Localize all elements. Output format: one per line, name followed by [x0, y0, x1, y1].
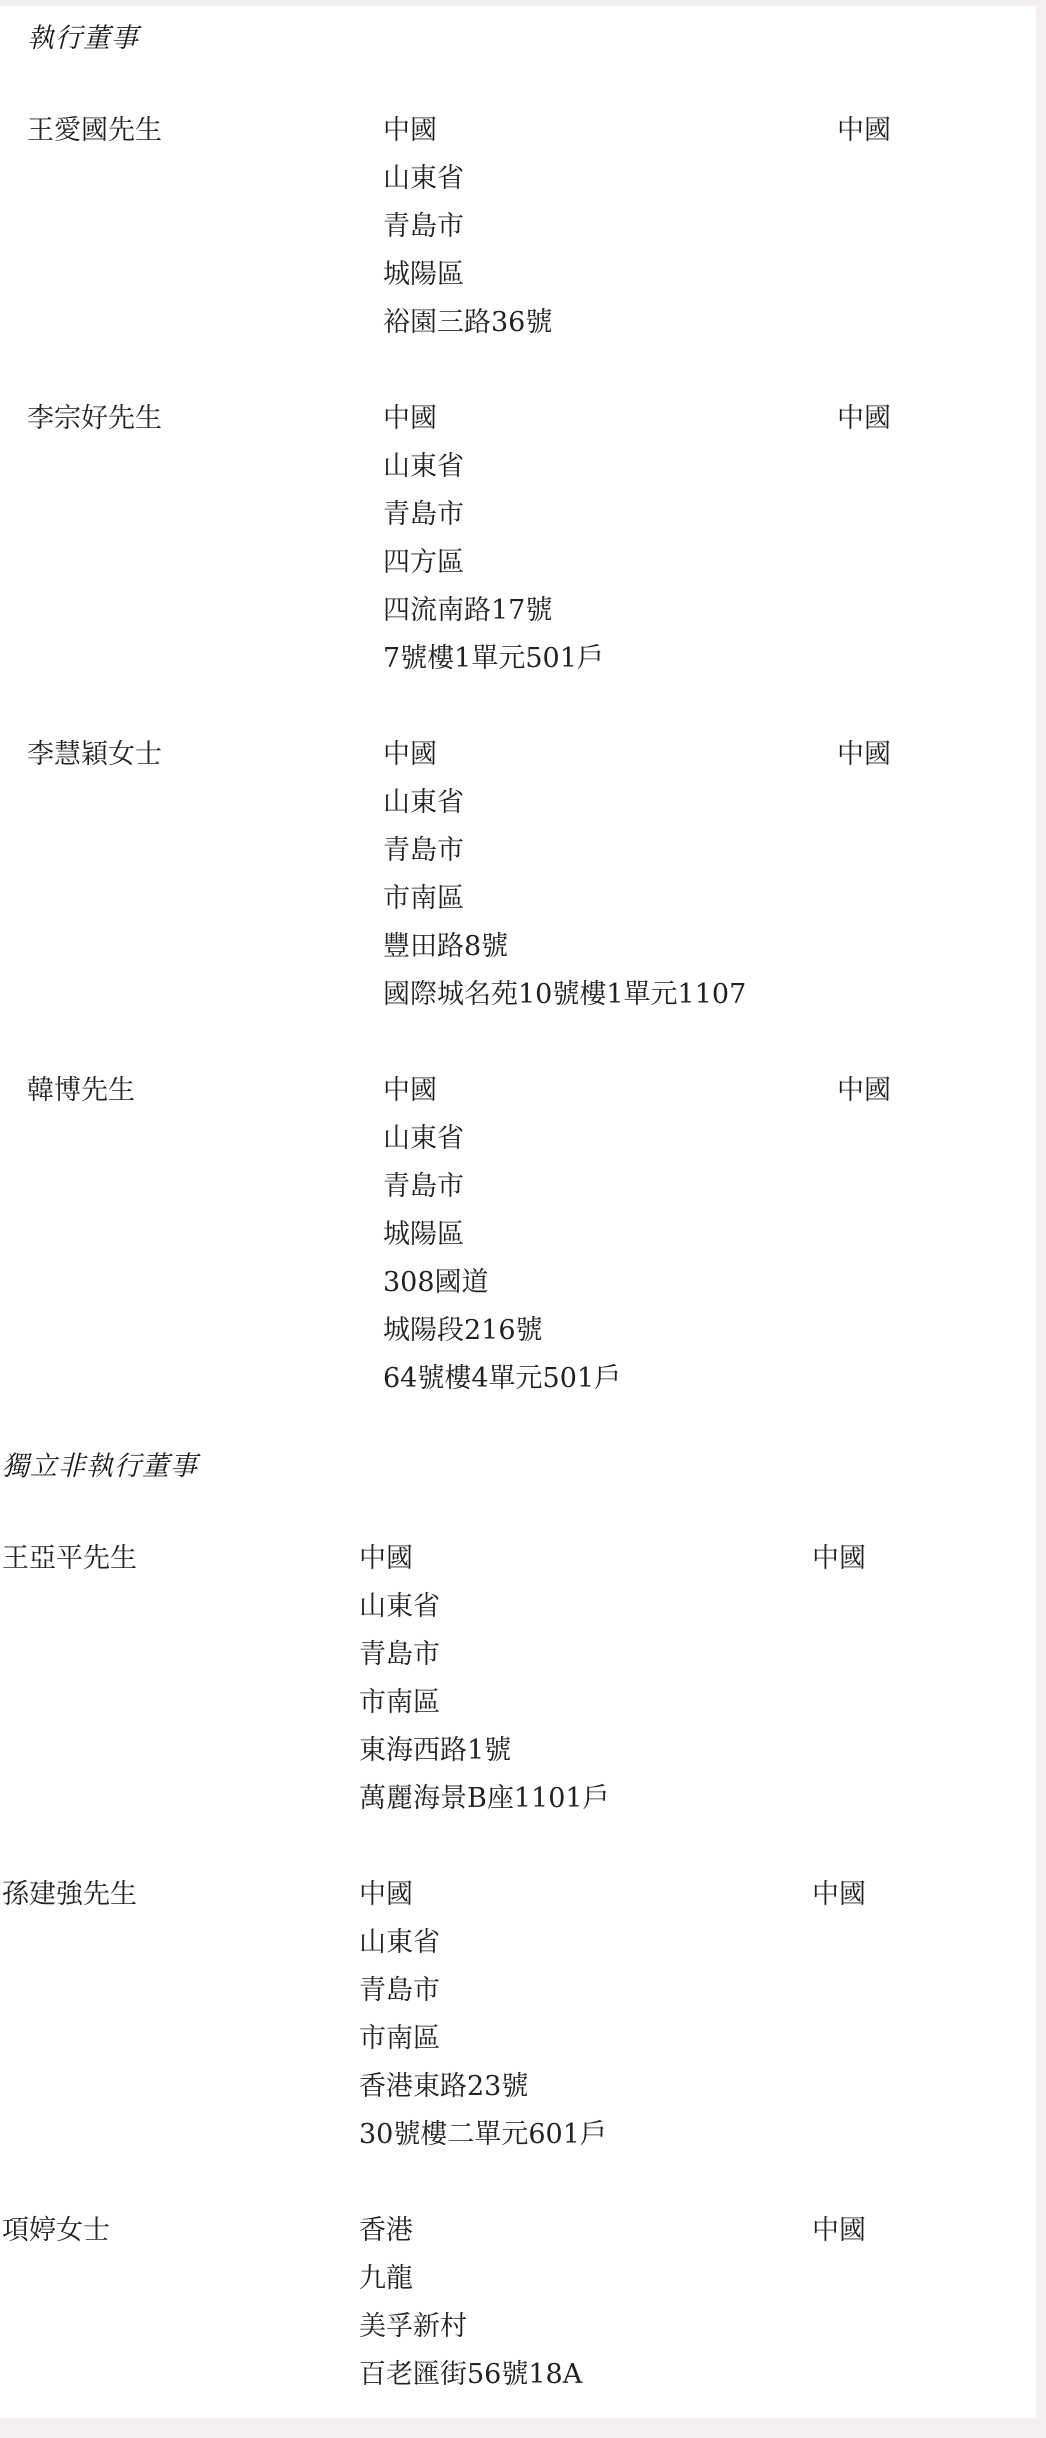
address-line: 東海西路1號: [359, 1734, 610, 1782]
address-line: 城陽段216號: [383, 1314, 621, 1362]
address-line: 中國: [359, 1878, 607, 1926]
address-line: 308國道: [383, 1266, 621, 1314]
director-address: 中國 山東省 青島市 四方區 四流南路17號 7號樓1單元501戶: [383, 402, 604, 690]
address-line: 四方區: [383, 546, 604, 594]
director-address: 香港 九龍 美孚新村 百老匯街56號18A: [359, 2214, 582, 2406]
address-line: 市南區: [359, 1686, 610, 1734]
director-address: 中國 山東省 青島市 市南區 東海西路1號 萬麗海景B座1101戶: [359, 1542, 610, 1830]
director-name: 李慧穎女士: [27, 738, 162, 772]
address-line: 青島市: [383, 1170, 621, 1218]
director-name: 韓博先生: [27, 1074, 135, 1108]
address-line: 青島市: [359, 1974, 607, 2022]
address-line: 豐田路8號: [383, 930, 746, 978]
address-line: 山東省: [383, 162, 552, 210]
address-line: 中國: [383, 1074, 621, 1122]
address-line: 青島市: [383, 498, 604, 546]
address-line: 萬麗海景B座1101戶: [359, 1782, 610, 1830]
director-nationality: 中國: [837, 402, 891, 436]
address-line: 山東省: [383, 1122, 621, 1170]
director-name: 項婷女士: [2, 2214, 110, 2248]
director-nationality: 中國: [812, 2214, 866, 2248]
address-line: 山東省: [383, 786, 746, 834]
section-title-independent-directors: 獨立非執行董事: [2, 1444, 198, 1483]
address-line: 香港東路23號: [359, 2070, 607, 2118]
address-line: 城陽區: [383, 1218, 621, 1266]
director-address: 中國 山東省 青島市 市南區 豐田路8號 國際城名苑10號樓1單元1107: [383, 738, 746, 1026]
address-line: 中國: [383, 738, 746, 786]
address-line: 山東省: [359, 1590, 610, 1638]
director-nationality: 中國: [837, 738, 891, 772]
address-line: 山東省: [359, 1926, 607, 1974]
director-address: 中國 山東省 青島市 城陽區 308國道 城陽段216號 64號樓4單元501戶: [383, 1074, 621, 1410]
address-line: 國際城名苑10號樓1單元1107: [383, 978, 746, 1026]
address-line: 中國: [359, 1542, 610, 1590]
director-nationality: 中國: [812, 1542, 866, 1576]
director-nationality: 中國: [837, 1074, 891, 1108]
section-title-executive-directors: 執行董事: [27, 16, 139, 55]
document-page: 執行董事 王愛國先生 中國 山東省 青島市 城陽區 裕園三路36號 中國 李宗好…: [0, 6, 1036, 2418]
address-line: 百老匯街56號18A: [359, 2358, 582, 2406]
address-line: 7號樓1單元501戶: [383, 642, 604, 690]
director-address: 中國 山東省 青島市 城陽區 裕園三路36號: [383, 114, 552, 354]
address-line: 城陽區: [383, 258, 552, 306]
address-line: 中國: [383, 114, 552, 162]
address-line: 青島市: [383, 834, 746, 882]
director-address: 中國 山東省 青島市 市南區 香港東路23號 30號樓二單元601戶: [359, 1878, 607, 2166]
address-line: 美孚新村: [359, 2310, 582, 2358]
director-nationality: 中國: [812, 1878, 866, 1912]
address-line: 山東省: [383, 450, 604, 498]
address-line: 64號樓4單元501戶: [383, 1362, 621, 1410]
address-line: 30號樓二單元601戶: [359, 2118, 607, 2166]
address-line: 裕園三路36號: [383, 306, 552, 354]
director-name: 李宗好先生: [27, 402, 162, 436]
address-line: 香港: [359, 2214, 582, 2262]
address-line: 四流南路17號: [383, 594, 604, 642]
address-line: 市南區: [359, 2022, 607, 2070]
address-line: 青島市: [359, 1638, 610, 1686]
address-line: 青島市: [383, 210, 552, 258]
address-line: 市南區: [383, 882, 746, 930]
director-name: 王亞平先生: [2, 1542, 137, 1576]
director-nationality: 中國: [837, 114, 891, 148]
address-line: 九龍: [359, 2262, 582, 2310]
director-name: 孫建強先生: [2, 1878, 137, 1912]
director-name: 王愛國先生: [27, 114, 162, 148]
address-line: 中國: [383, 402, 604, 450]
